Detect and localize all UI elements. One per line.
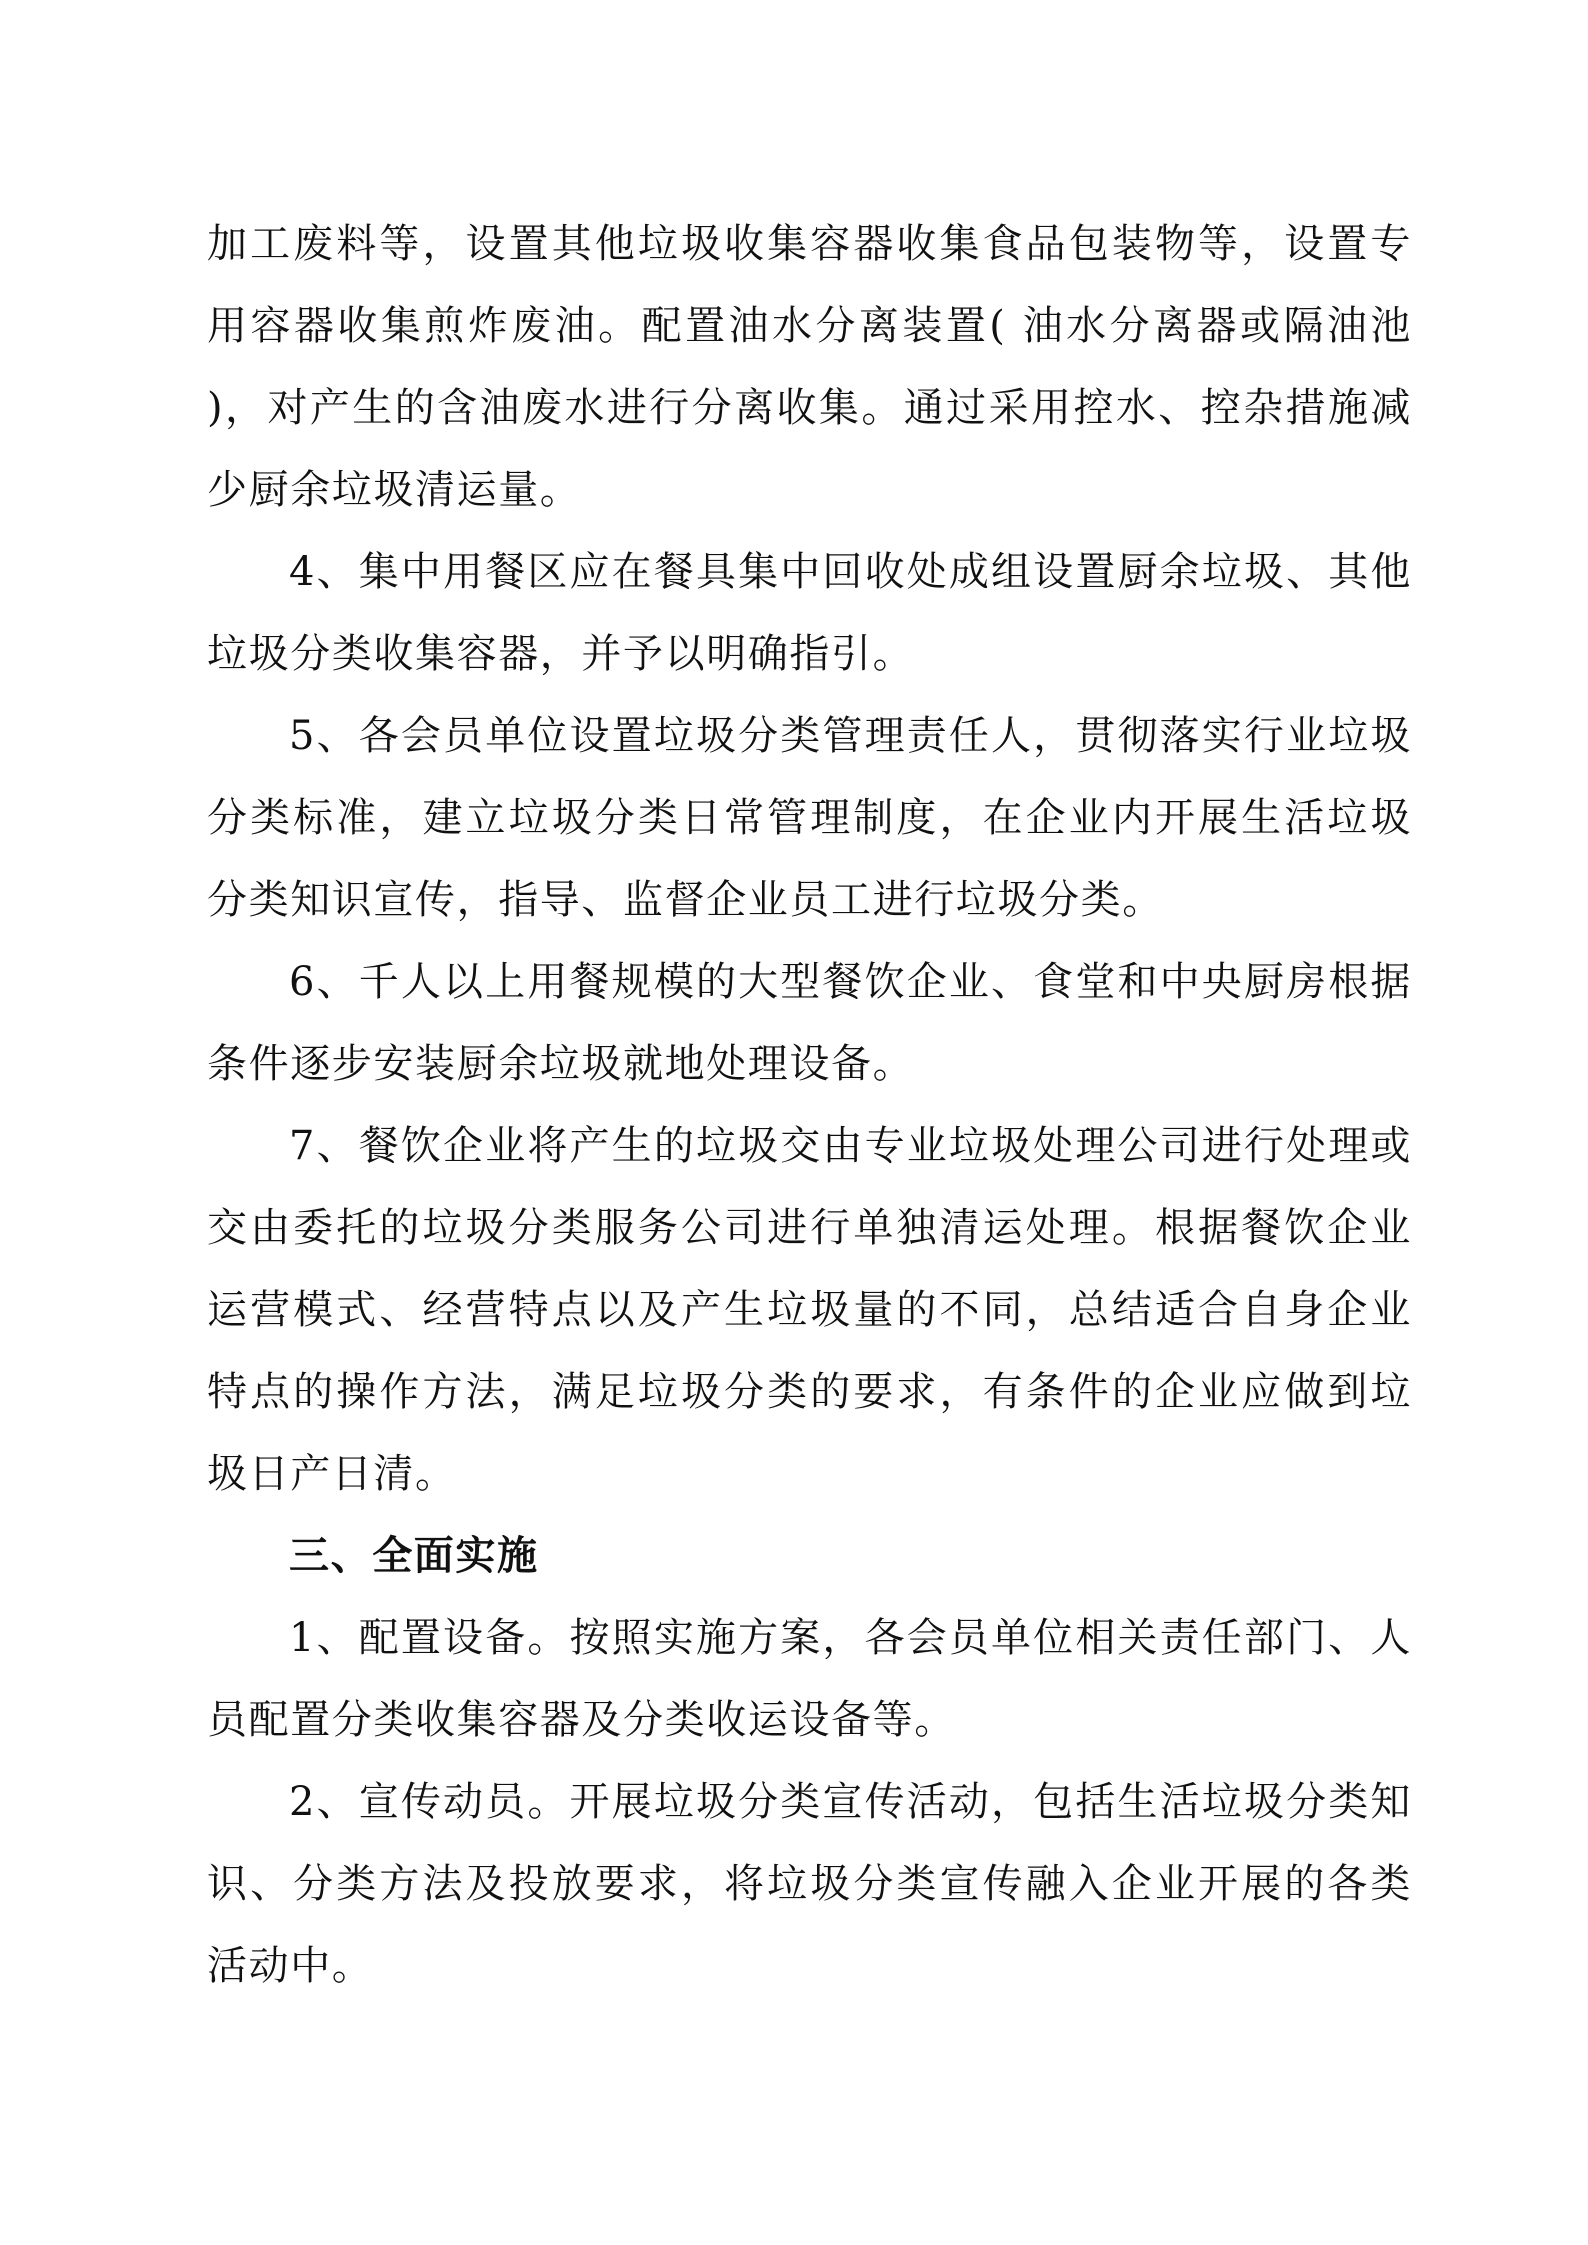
paragraph-item-7: 7、餐饮企业将产生的垃圾交由专业垃圾处理公司进行处理或交由委托的垃圾分类服务公司… — [207, 1105, 1412, 1515]
paragraph-section3-item-1: 1、配置设备。按照实施方案，各会员单位相关责任部门、人员配置分类收集容器及分类收… — [207, 1597, 1412, 1761]
document-page: 加工废料等，设置其他垃圾收集容器收集食品包装物等，设置专用容器收集煎炸废油。配置… — [207, 203, 1412, 2007]
section-heading-implementation: 三、全面实施 — [207, 1515, 1412, 1597]
paragraph-item-4: 4、集中用餐区应在餐具集中回收处成组设置厨余垃圾、其他垃圾分类收集容器，并予以明… — [207, 531, 1412, 695]
paragraph-continuation: 加工废料等，设置其他垃圾收集容器收集食品包装物等，设置专用容器收集煎炸废油。配置… — [207, 203, 1412, 531]
paragraph-item-6: 6、千人以上用餐规模的大型餐饮企业、食堂和中央厨房根据条件逐步安装厨余垃圾就地处… — [207, 941, 1412, 1105]
paragraph-section3-item-2: 2、宣传动员。开展垃圾分类宣传活动，包括生活垃圾分类知识、分类方法及投放要求，将… — [207, 1761, 1412, 2007]
paragraph-item-5: 5、各会员单位设置垃圾分类管理责任人，贯彻落实行业垃圾分类标准，建立垃圾分类日常… — [207, 695, 1412, 941]
